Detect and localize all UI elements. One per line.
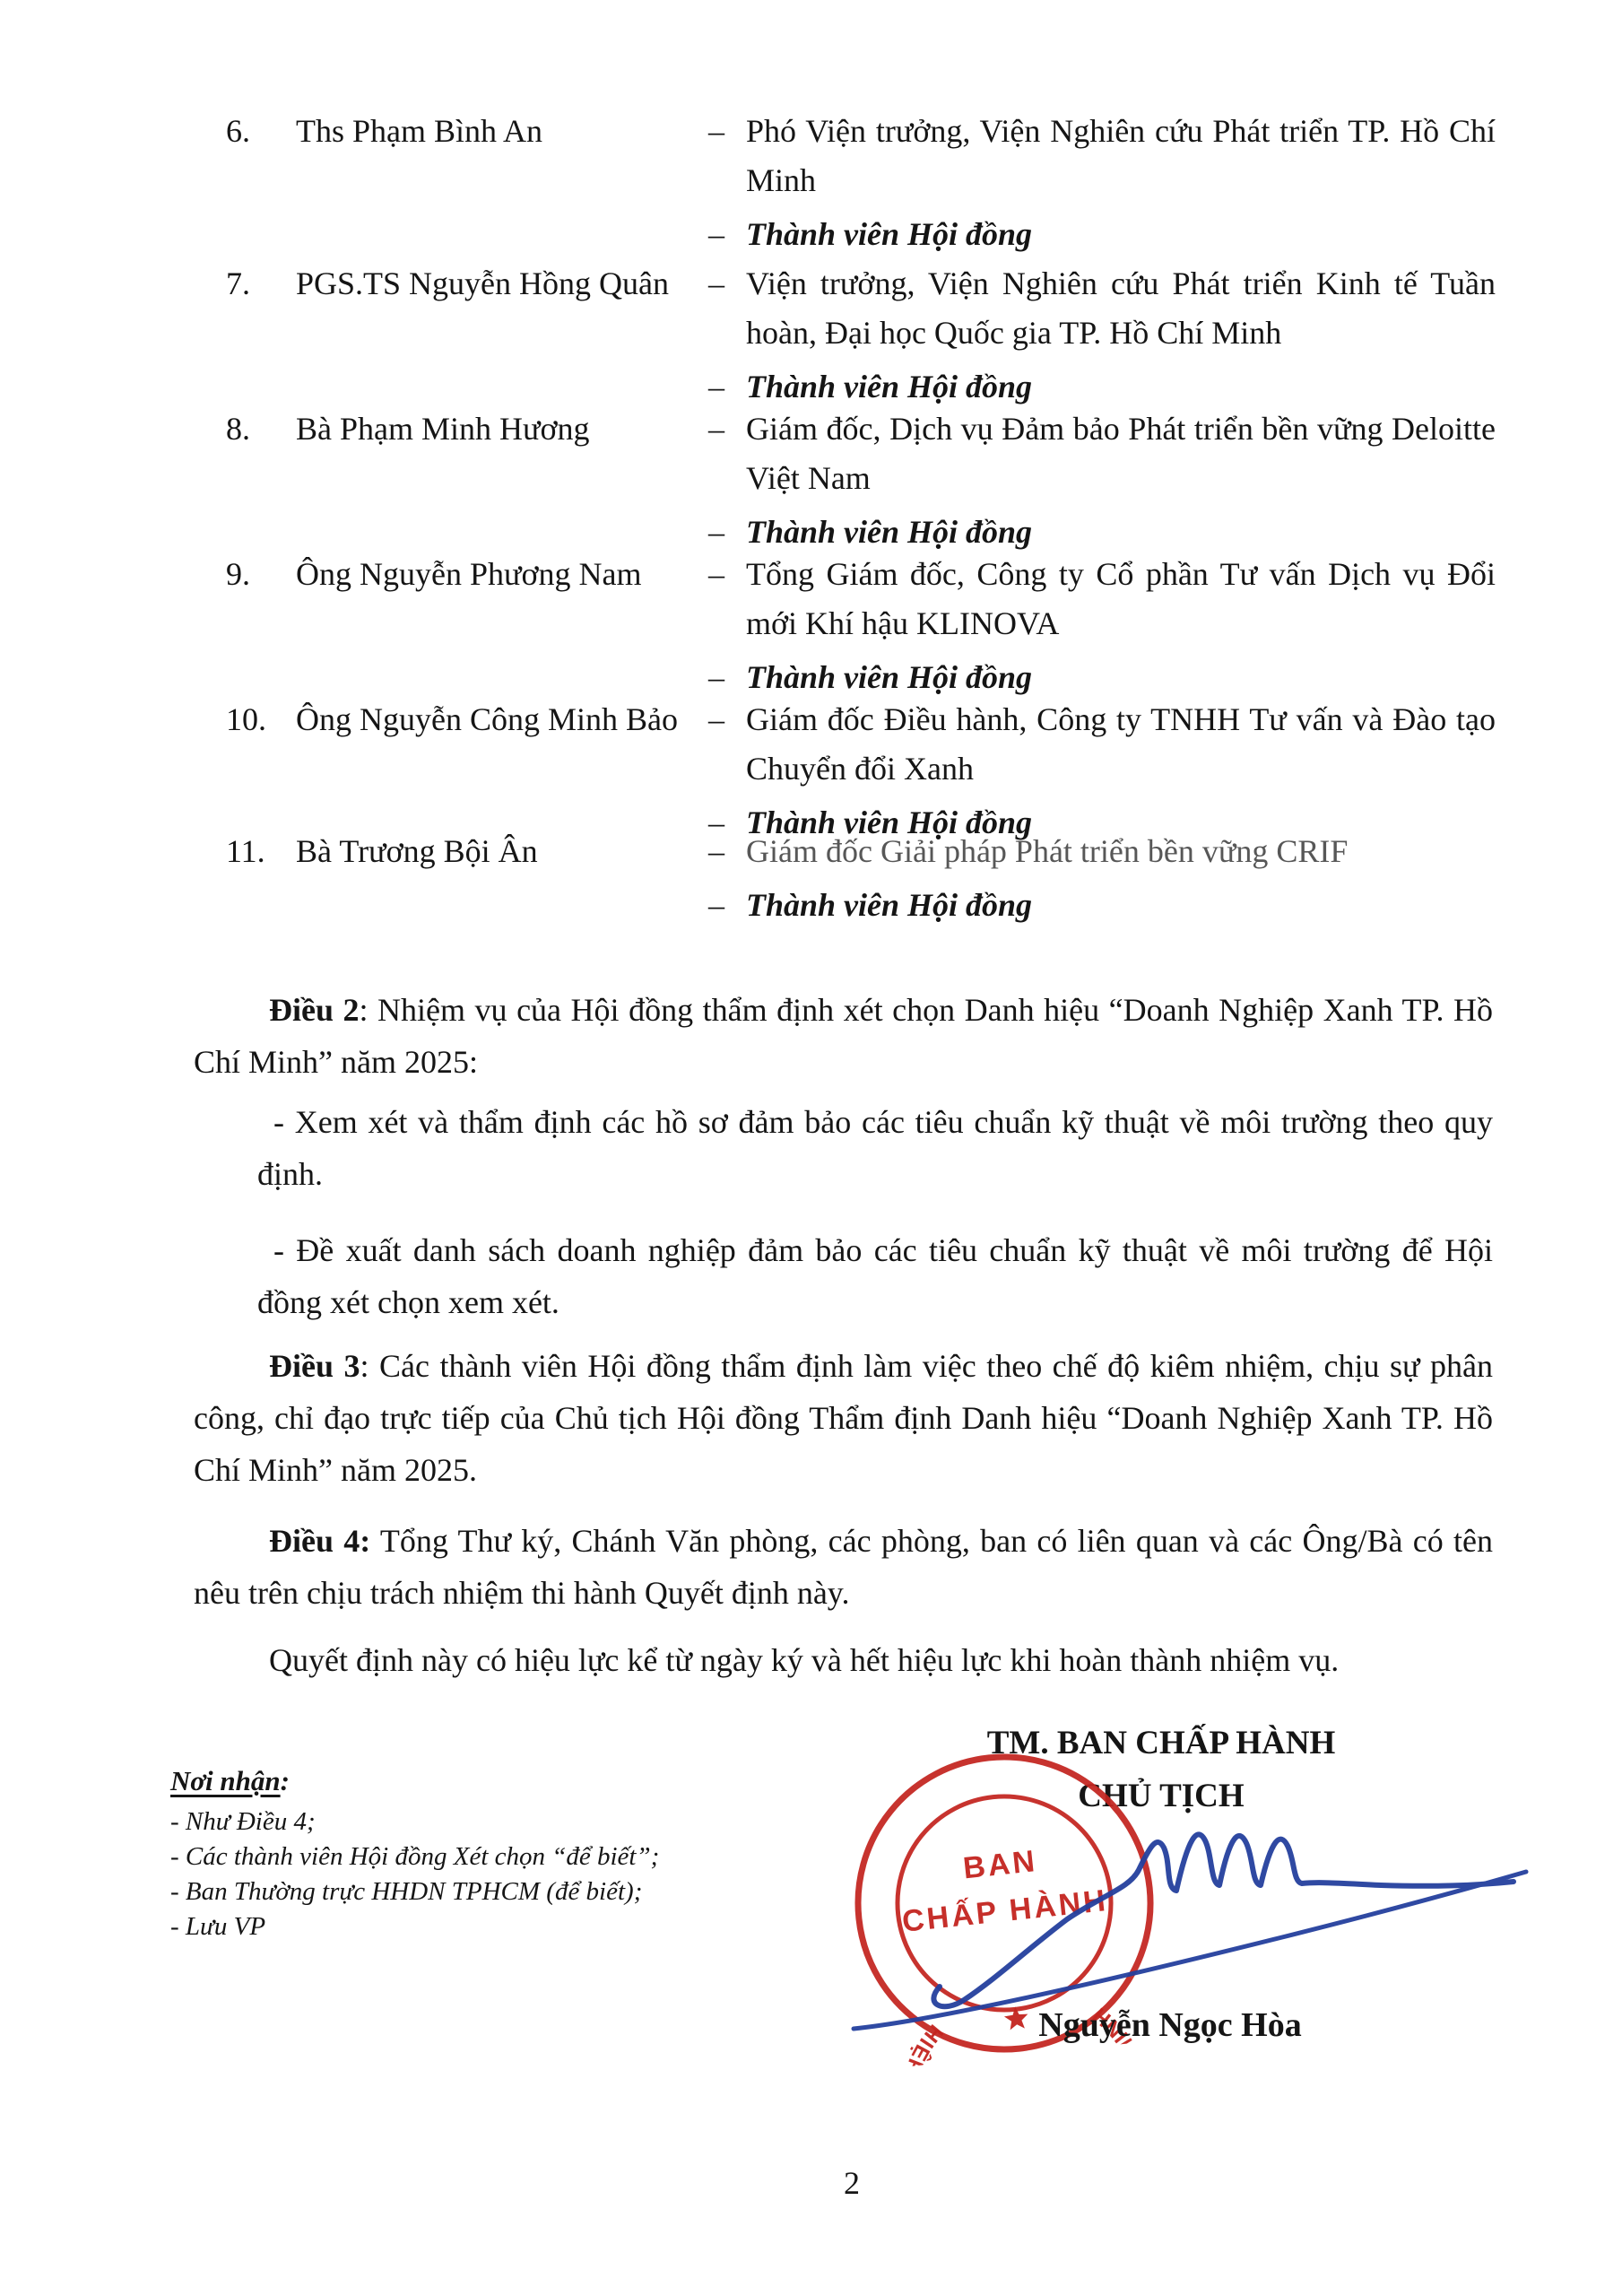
article-4-paragraph: Điều 4: Tổng Thư ký, Chánh Văn phòng, cá… (194, 1515, 1493, 1619)
recipients-heading-colon: : (281, 1765, 290, 1796)
dash-glyph: – (708, 827, 746, 876)
member-role-text: Thành viên Hội đồng (746, 210, 1496, 259)
recipients-heading: Nơi nhận: (170, 1765, 726, 1797)
article-3-paragraph: Điều 3: Các thành viên Hội đồng thẩm địn… (194, 1340, 1493, 1496)
article-2-paragraph: Điều 2: Nhiệm vụ của Hội đồng thẩm định … (194, 984, 1493, 1088)
recipients-items: - Như Điều 4;- Các thành viên Hội đồng X… (170, 1805, 726, 1944)
dash-glyph: – (708, 881, 746, 930)
article-3-text: : Các thành viên Hội đồng thẩm định làm … (194, 1348, 1493, 1488)
member-roles: –Viện trưởng, Viện Nghiên cứu Phát triển… (708, 259, 1496, 412)
recipient-item: - Như Điều 4; (170, 1805, 726, 1839)
recipients-heading-text: Nơi nhận (170, 1765, 281, 1796)
member-role-line: –Giám đốc, Dịch vụ Đảm bảo Phát triển bề… (708, 404, 1496, 503)
member-row: 11. Bà Trương Bội Ân –Giám đốc Giải pháp… (226, 827, 1496, 930)
member-row: 9. Ông Nguyễn Phương Nam –Tổng Giám đốc,… (226, 550, 1496, 702)
member-role-line: –Tổng Giám đốc, Công ty Cổ phần Tư vấn D… (708, 550, 1496, 648)
member-row: 7. PGS.TS Nguyễn Hồng Quân –Viện trưởng,… (226, 259, 1496, 412)
member-name: Ông Nguyễn Phương Nam (296, 550, 708, 702)
dash-glyph: – (708, 210, 746, 259)
member-role-text: Thành viên Hội đồng (746, 881, 1496, 930)
member-number: 9. (226, 550, 296, 702)
member-role-text: Tổng Giám đốc, Công ty Cổ phần Tư vấn Dị… (746, 550, 1496, 648)
member-role-line: –Thành viên Hội đồng (708, 881, 1496, 930)
member-role-text: Giám đốc, Dịch vụ Đảm bảo Phát triển bền… (746, 404, 1496, 503)
member-row: 8. Bà Phạm Minh Hương –Giám đốc, Dịch vụ… (226, 404, 1496, 557)
member-role-text: Giám đốc Điều hành, Công ty TNHH Tư vấn … (746, 695, 1496, 794)
member-roles: –Tổng Giám đốc, Công ty Cổ phần Tư vấn D… (708, 550, 1496, 702)
member-roles: –Phó Viện trưởng, Viện Nghiên cứu Phát t… (708, 107, 1496, 259)
member-number: 6. (226, 107, 296, 259)
member-roles: –Giám đốc, Dịch vụ Đảm bảo Phát triển bề… (708, 404, 1496, 557)
article-3-label: Điều 3 (269, 1348, 360, 1384)
member-role-line: –Thành viên Hội đồng (708, 210, 1496, 259)
article-2-text: : Nhiệm vụ của Hội đồng thẩm định xét ch… (194, 992, 1493, 1080)
article-4-label: Điều 4: (269, 1523, 370, 1559)
member-row: 6. Ths Phạm Bình An –Phó Viện trưởng, Vi… (226, 107, 1496, 259)
article-2-label: Điều 2 (269, 992, 360, 1028)
recipients-block: Nơi nhận: - Như Điều 4;- Các thành viên … (170, 1765, 726, 1944)
task-bullet-1: - Xem xét và thẩm định các hồ sơ đảm bảo… (257, 1096, 1493, 1200)
member-number: 8. (226, 404, 296, 557)
member-row: 10. Ông Nguyễn Công Minh Bảo –Giám đốc Đ… (226, 695, 1496, 848)
member-roles: –Giám đốc Giải pháp Phát triển bền vững … (708, 827, 1496, 930)
dash-glyph: – (708, 404, 746, 503)
member-number: 7. (226, 259, 296, 412)
member-role-text: Phó Viện trưởng, Viện Nghiên cứu Phát tr… (746, 107, 1496, 205)
member-role-line: –Giám đốc Điều hành, Công ty TNHH Tư vấn… (708, 695, 1496, 794)
member-role-line: –Giám đốc Giải pháp Phát triển bền vững … (708, 827, 1496, 876)
member-name: Ông Nguyễn Công Minh Bảo (296, 695, 708, 848)
dash-glyph: – (708, 550, 746, 648)
member-name: Bà Trương Bội Ân (296, 827, 708, 930)
member-name: Ths Phạm Bình An (296, 107, 708, 259)
article-4-text: Tổng Thư ký, Chánh Văn phòng, các phòng,… (194, 1523, 1493, 1611)
member-number: 11. (226, 827, 296, 930)
member-name: Bà Phạm Minh Hương (296, 404, 708, 557)
document-page: 6. Ths Phạm Bình An –Phó Viện trưởng, Vi… (0, 0, 1622, 2296)
dash-glyph: – (708, 259, 746, 358)
member-number: 10. (226, 695, 296, 848)
dash-glyph: – (708, 107, 746, 205)
member-role-text: Viện trưởng, Viện Nghiên cứu Phát triển … (746, 259, 1496, 358)
recipient-item: - Các thành viên Hội đồng Xét chọn “để b… (170, 1839, 726, 1874)
signature-scrawl-stroke (933, 1834, 1514, 2006)
dash-glyph: – (708, 695, 746, 794)
task-bullet-2: - Đề xuất danh sách doanh nghiệp đảm bảo… (257, 1224, 1493, 1328)
recipient-item: - Lưu VP (170, 1909, 726, 1944)
recipient-item: - Ban Thường trực HHDN TPHCM (để biết); (170, 1874, 726, 1909)
member-role-line: –Viện trưởng, Viện Nghiên cứu Phát triển… (708, 259, 1496, 358)
effectiveness-paragraph: Quyết định này có hiệu lực kể từ ngày ký… (194, 1634, 1493, 1686)
page-number: 2 (807, 2164, 897, 2202)
member-role-text: Giám đốc Giải pháp Phát triển bền vững C… (746, 827, 1496, 876)
member-role-line: –Phó Viện trưởng, Viện Nghiên cứu Phát t… (708, 107, 1496, 205)
member-name: PGS.TS Nguyễn Hồng Quân (296, 259, 708, 412)
signer-name: Nguyễn Ngọc Hòa (901, 2005, 1439, 2045)
member-roles: –Giám đốc Điều hành, Công ty TNHH Tư vấn… (708, 695, 1496, 848)
